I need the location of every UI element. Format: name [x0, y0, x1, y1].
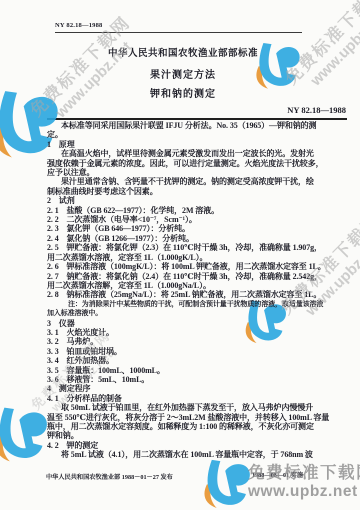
- body-line: 2. 8 钠标准溶液（25mgNa/L）：将 25mL 钠贮备液，用二次蒸馏水定…: [47, 290, 349, 299]
- body-line: 2. 5 钾贮备液：将氯化钾（2.3）在 110℃时干燥 3h，冷却，准确称量 …: [47, 243, 349, 252]
- body-line: 3. 2 马弗炉。: [47, 337, 349, 346]
- body-line: 果汁里通常含钠、含钙量不干扰钾的测定。钠的测定受高浓度钾干扰，绘: [47, 177, 349, 186]
- body-line: 注：为消除果汁中某些物质的干扰，可配制含预计量干扰物质的溶液，取适量该溶液: [47, 300, 349, 309]
- body-line: 2. 1 盐酸（GB 622—1977）：化学纯，2M 溶液。: [47, 206, 349, 215]
- watermark-text-bottom-right: 免费标准下载网 www.upbz.net: [248, 459, 360, 501]
- body-line: 瓶中，用二次蒸馏水定容刻度。如稀释度为 1:100 的稀释液，不灰化亦可测定: [47, 422, 349, 431]
- body-line: 温至 550℃进行灰化，将灰分溶于 2～3mL2M 盐酸溶液中，并转移入 100…: [47, 413, 349, 422]
- body-line: 用二次蒸馏水溶液，定容至 1L（1.000gK/L）。: [47, 253, 349, 262]
- body-line: 将 5mL 试液（4.1），用二次蒸馏水在 100mL 容量瓶中定容，于 768…: [47, 450, 349, 459]
- doc-number-top: NY 82.18—1988: [55, 22, 103, 29]
- body-line: 2. 6 钾标准溶液（100mgK/L）：将 100mL 钾贮备液，用二次蒸馏水…: [47, 262, 349, 271]
- header-rule-thick: [47, 118, 347, 120]
- body-line: 4. 2 钾的测定: [47, 441, 349, 450]
- body-line: 定。: [47, 130, 349, 139]
- body-line: 3. 5 容量瓶：100mL、1000mL。: [47, 366, 349, 375]
- body-line: 4 测定程序: [47, 384, 349, 393]
- document-page: NY 82.18—1988 中华人民共和国农牧渔业部部标准 果汁测定方法 钾和钠…: [0, 0, 360, 510]
- body-line: 3 仪器: [47, 319, 349, 328]
- body-line: 3. 6 移液管：5mL、10mL。: [47, 375, 349, 384]
- upbz-logo-icon: [192, 455, 256, 510]
- body-line: 3. 1 火焰光度计。: [47, 328, 349, 337]
- body-lines: 本标准等同采用国际果汁联盟 IFJU 分析法。No. 35（1965）—钾和钠的…: [47, 121, 349, 460]
- body-line: 加入标准溶液中。: [47, 309, 349, 318]
- body-line: 强度依赖于金属元素的浓度。因此，可以进行定量测定。火焰光度法干扰较多，: [47, 159, 349, 168]
- body-line: 2 试剂: [47, 196, 349, 205]
- header-rule-thin: [55, 32, 302, 33]
- body-line: 在高温火焰中，试样里待测金属元素受激发而发出一定波长的光。发射光: [47, 149, 349, 158]
- body-line: 2. 4 氯化钠（GB 1266—1977）：分析纯。: [47, 234, 349, 243]
- body-line: 钾和钠。: [47, 431, 349, 440]
- footer-issued: 中华人民共和国农牧渔业部 1988－01－27 发布: [46, 472, 173, 481]
- body-line: 1 原理: [47, 140, 349, 149]
- body-line: 4. 1 分析样品的制备: [47, 394, 349, 403]
- body-line: 用二次蒸馏水溶解，定容至 1L（1.000gNa/L）。: [47, 281, 349, 290]
- upbz-logo-icon: [0, 402, 52, 465]
- body-line: 2. 7 钠贮备液：将氯化钠（2.4）在 110℃时干燥 3h，冷却，准确称量 …: [47, 272, 349, 281]
- body-line: 取 50mL 试液于铂皿里，在红外加热器下蒸发至干，放入马弗炉内慢慢升: [47, 403, 349, 412]
- body-line: 3. 3 铂皿或铂坩埚。: [47, 347, 349, 356]
- body-line: 制标准曲线时要考虑这个因素。: [47, 187, 349, 196]
- footer-effective: 1988—08—01 实施: [252, 470, 303, 479]
- upbz-logo-icon: [246, 38, 304, 92]
- watermark-site-url: www.upbz.net: [248, 483, 360, 501]
- body-line: 2. 3 氯化钾（GB 646—1977）：分析纯。: [47, 224, 349, 233]
- body-line: 本标准等同采用国际果汁联盟 IFJU 分析法。No. 35（1965）—钾和钠的…: [47, 121, 349, 130]
- body-line: 3. 4 红外加热器。: [47, 356, 349, 365]
- doc-number: NY 82.18—1988: [287, 105, 346, 115]
